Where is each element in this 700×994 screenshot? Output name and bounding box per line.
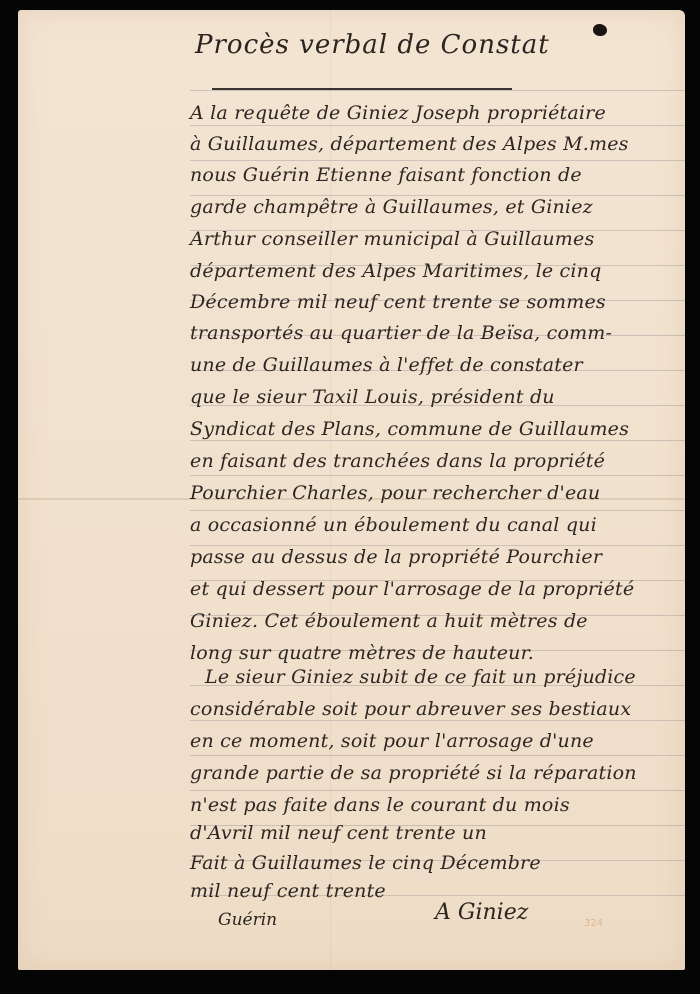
text-line: mil neuf cent trente: [190, 880, 680, 902]
ruled-line: [190, 755, 685, 756]
ruled-line: [190, 440, 685, 441]
ruled-line: [190, 790, 685, 791]
text-line: n'est pas faite dans le courant du mois: [190, 794, 680, 816]
text-line: Le sieur Giniez subit de ce fait un préj…: [205, 666, 695, 688]
ruled-line: [190, 125, 685, 126]
text-line: long sur quatre mètres de hauteur.: [190, 642, 680, 664]
ruled-line: [190, 90, 685, 91]
ruled-line: [190, 160, 685, 161]
text-line: département des Alpes Maritimes, le cinq: [190, 260, 680, 282]
text-line: Pourchier Charles, pour rechercher d'eau: [190, 482, 680, 504]
text-line: Fait à Guillaumes le cinq Décembre: [190, 852, 680, 874]
text-line: garde champêtre à Guillaumes, et Giniez: [190, 196, 680, 218]
text-line: considérable soit pour abreuver ses best…: [190, 698, 680, 720]
text-line: grande partie de sa propriété si la répa…: [190, 762, 680, 784]
text-line: que le sieur Taxil Louis, président du: [190, 386, 680, 408]
text-line: et qui dessert pour l'arrosage de la pro…: [190, 578, 680, 600]
text-line: transportés au quartier de la Beïsa, com…: [190, 322, 680, 344]
text-line: en ce moment, soit pour l'arrosage d'une: [190, 730, 680, 752]
ink-blot: [593, 24, 607, 36]
text-line: nous Guérin Etienne faisant fonction de: [190, 164, 680, 186]
text-line: passe au dessus de la propriété Pourchie…: [190, 546, 680, 568]
ruled-line: [190, 475, 685, 476]
ruled-line: [190, 720, 685, 721]
text-line: à Guillaumes, département des Alpes M.me…: [190, 133, 680, 155]
signature-left: Guérin: [218, 910, 277, 930]
archive-mark: 324: [584, 918, 603, 929]
text-line: une de Guillaumes à l'effet de constater: [190, 354, 680, 376]
text-line: Décembre mil neuf cent trente se sommes: [190, 291, 680, 313]
text-line: Giniez. Cet éboulement a huit mètres de: [190, 610, 680, 632]
text-line: d'Avril mil neuf cent trente un: [190, 822, 680, 844]
text-line: Arthur conseiller municipal à Guillaumes: [190, 228, 680, 250]
signature-right: A Giniez: [435, 900, 528, 925]
text-line: a occasionné un éboulement du canal qui: [190, 514, 680, 536]
ruled-line: [190, 510, 685, 511]
text-line: Syndicat des Plans, commune de Guillaume…: [190, 418, 680, 440]
text-line: en faisant des tranchées dans la proprié…: [190, 450, 680, 472]
text-line: A la requête de Giniez Joseph propriétai…: [190, 102, 680, 124]
document-title: Procès verbal de Constat: [195, 30, 550, 60]
title-underline: [212, 88, 512, 90]
